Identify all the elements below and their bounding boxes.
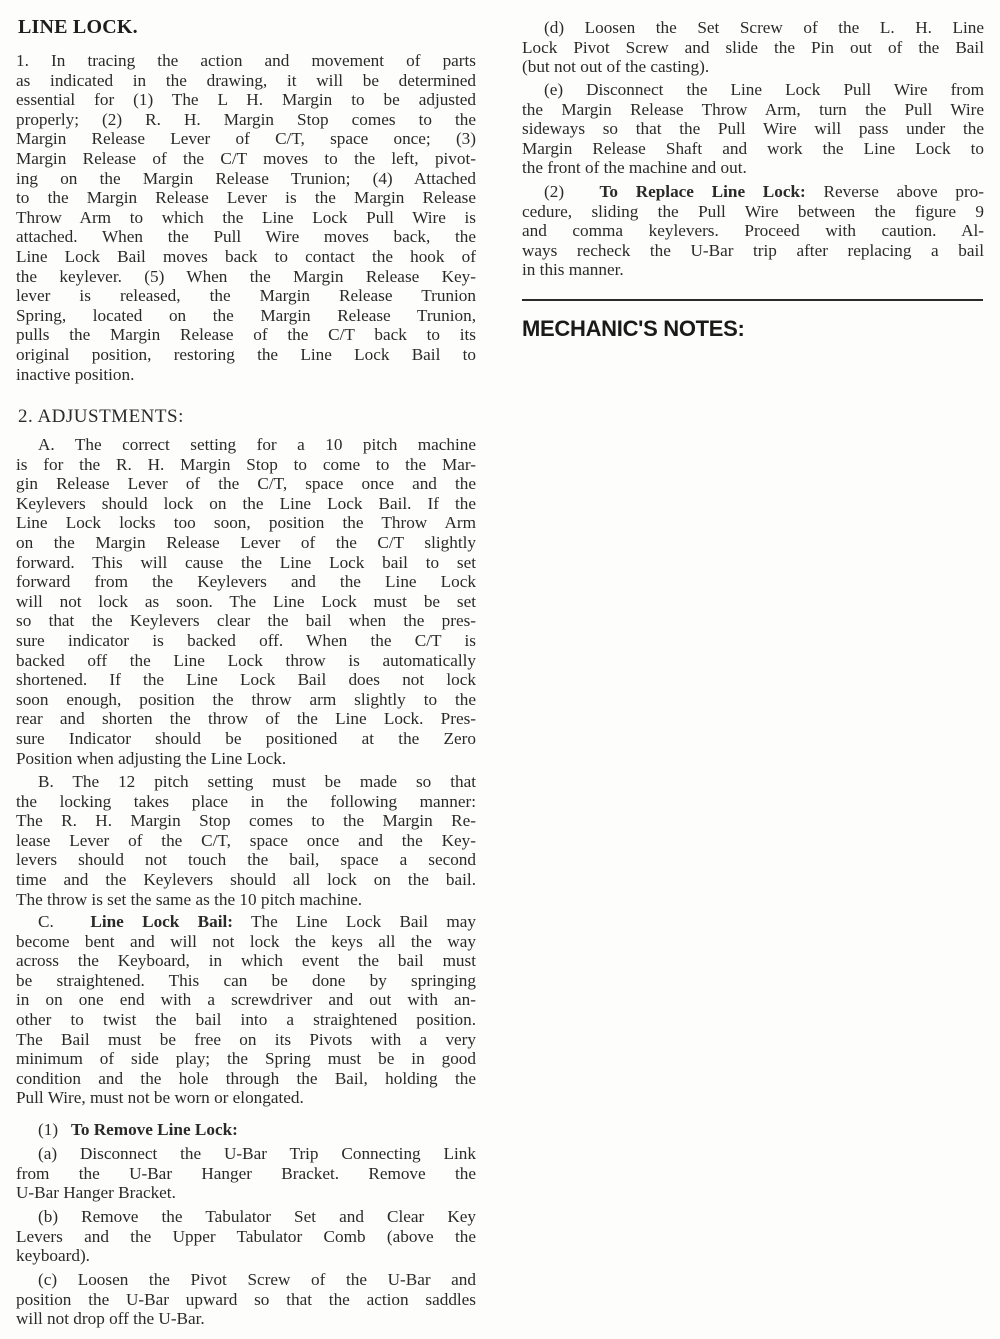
- text-line: (c) Loosen the Pivot Screw of the U-Bar …: [16, 1270, 476, 1290]
- text-line: sure Indicator should be positioned at t…: [16, 729, 476, 749]
- text-line: pulls the Margin Release of the C/T back…: [16, 325, 476, 345]
- text-run: The Line Lock Bail may: [233, 912, 476, 931]
- text-line: The Bail must be free on its Pivots with…: [16, 1030, 476, 1050]
- text-line: (2) To Replace Line Lock: Reverse above …: [522, 182, 984, 202]
- item-label: (2): [544, 182, 600, 201]
- text-line: in on one end with a screwdriver and out…: [16, 990, 476, 1010]
- text-line: (e) Disconnect the Line Lock Pull Wire f…: [522, 80, 984, 100]
- text-line: other to twist the bail into a straighte…: [16, 1010, 476, 1030]
- text-line: keyboard).: [16, 1246, 476, 1266]
- text-run: Reverse above pro-: [806, 182, 984, 201]
- text-line: the front of the machine and out.: [522, 158, 984, 178]
- text-line: minimum of side play; the Spring must be…: [16, 1049, 476, 1069]
- text-line: (but not out of the casting).: [522, 57, 984, 77]
- text-line: Line Lock Bail moves back to contact the…: [16, 247, 476, 267]
- text-line: (b) Remove the Tabulator Set and Clear K…: [16, 1207, 476, 1227]
- text-line: as indicated in the drawing, it will be …: [16, 71, 476, 91]
- text-line: position the U-Bar upward so that the ac…: [16, 1290, 476, 1310]
- text-line: Spring, located on the Margin Release Tr…: [16, 306, 476, 326]
- text-line: ways recheck the U-Bar trip after replac…: [522, 241, 984, 261]
- text-line: Position when adjusting the Line Lock.: [16, 749, 476, 769]
- text-line: Lock Pivot Screw and slide the Pin out o…: [522, 38, 984, 58]
- text-line: is for the R. H. Margin Stop to come to …: [16, 455, 476, 475]
- text-line: ing on the Margin Release Trunion; (4) A…: [16, 169, 476, 189]
- text-line: from the U-Bar Hanger Bracket. Remove th…: [16, 1164, 476, 1184]
- text-line: backed off the Line Lock throw is automa…: [16, 651, 476, 671]
- item-number: (1): [38, 1120, 71, 1139]
- text-line: U-Bar Hanger Bracket.: [16, 1183, 476, 1203]
- left-column: 1. In tracing the action and movement of…: [16, 0, 476, 1339]
- text-line: the locking takes place in the following…: [16, 792, 476, 812]
- text-line: attached. When the Pull Wire moves back,…: [16, 227, 476, 247]
- text-line: forward from the Keylevers and the Line …: [16, 572, 476, 592]
- text-line: to the Margin Release Lever is the Margi…: [16, 188, 476, 208]
- horizontal-divider: [522, 299, 983, 301]
- text-line: forward. This will cause the Line Lock b…: [16, 553, 476, 573]
- text-line: Pull Wire, must not be worn or elongated…: [16, 1088, 476, 1108]
- text-line: rear and shorten the throw of the Line L…: [16, 709, 476, 729]
- text-line: cedure, sliding the Pull Wire between th…: [522, 202, 984, 222]
- text-line: so that the Keylevers clear the bail whe…: [16, 611, 476, 631]
- text-line: lease Lever of the C/T, space once and t…: [16, 831, 476, 851]
- text-line: Keylevers should lock on the Line Lock B…: [16, 494, 476, 514]
- text-line: across the Keyboard, in which event the …: [16, 951, 476, 971]
- bold-subheading: To Remove Line Lock:: [71, 1120, 238, 1139]
- text-line: on the Margin Release Lever of the C/T s…: [16, 533, 476, 553]
- text-line: The R. H. Margin Stop comes to the Margi…: [16, 811, 476, 831]
- text-line: essential for (1) The L H. Margin to be …: [16, 90, 476, 110]
- text-line: (a) Disconnect the U-Bar Trip Connecting…: [16, 1144, 476, 1164]
- text-line: The throw is set the same as the 10 pitc…: [16, 890, 476, 910]
- text-line: inactive position.: [16, 365, 476, 385]
- text-line: shortened. If the Line Lock Bail does no…: [16, 670, 476, 690]
- text-line: and comma keylevers. Proceed with cautio…: [522, 221, 984, 241]
- text-line: sure indicator is backed off. When the C…: [16, 631, 476, 651]
- text-line: Levers and the Upper Tabulator Comb (abo…: [16, 1227, 476, 1247]
- text-line: be straightened. This can be done by spr…: [16, 971, 476, 991]
- text-line: soon enough, position the throw arm slig…: [16, 690, 476, 710]
- text-line: properly; (2) R. H. Margin Stop comes to…: [16, 110, 476, 130]
- text-line: B. The 12 pitch setting must be made so …: [16, 772, 476, 792]
- bold-subheading: To Replace Line Lock:: [600, 182, 806, 201]
- text-line: gin Release Lever of the C/T, space once…: [16, 474, 476, 494]
- text-line: A. The correct setting for a 10 pitch ma…: [16, 435, 476, 455]
- bold-subheading: Line Lock Bail:: [90, 912, 233, 931]
- text-line: become bent and will not lock the keys a…: [16, 932, 476, 952]
- mechanics-notes-heading: MECHANIC'S NOTES:: [522, 316, 745, 342]
- text-line: the keylever. (5) When the Margin Releas…: [16, 267, 476, 287]
- text-line: levers should not touch the bail, space …: [16, 850, 476, 870]
- text-line: in this manner.: [522, 260, 984, 280]
- text-line: time and the Keylevers should all lock o…: [16, 870, 476, 890]
- text-line: will not drop off the U-Bar.: [16, 1309, 476, 1329]
- text-line: (d) Loosen the Set Screw of the L. H. Li…: [522, 18, 984, 38]
- item-label: C.: [38, 912, 90, 931]
- text-line: condition and the hole through the Bail,…: [16, 1069, 476, 1089]
- text-line: the Margin Release Throw Arm, turn the P…: [522, 100, 984, 120]
- text-line: original position, restoring the Line Lo…: [16, 345, 476, 365]
- text-line: sideways so that the Pull Wire will pass…: [522, 119, 984, 139]
- text-line: C. Line Lock Bail: The Line Lock Bail ma…: [16, 912, 476, 932]
- text-line: (1) To Remove Line Lock:: [16, 1120, 476, 1140]
- adjustments-heading: 2. ADJUSTMENTS:: [18, 406, 184, 428]
- right-column: (d) Loosen the Set Screw of the L. H. Li…: [522, 0, 984, 1339]
- text-line: lever is released, the Margin Release Tr…: [16, 286, 476, 306]
- text-line: Margin Release Shaft and work the Line L…: [522, 139, 984, 159]
- text-line: Line Lock locks too soon, position the T…: [16, 513, 476, 533]
- text-line: Margin Release Lever of C/T, space once;…: [16, 129, 476, 149]
- text-line: Margin Release of the C/T moves to the l…: [16, 149, 476, 169]
- text-line: will not lock as soon. The Line Lock mus…: [16, 592, 476, 612]
- text-line: Throw Arm to which the Line Lock Pull Wi…: [16, 208, 476, 228]
- text-line: 1. In tracing the action and movement of…: [16, 51, 476, 71]
